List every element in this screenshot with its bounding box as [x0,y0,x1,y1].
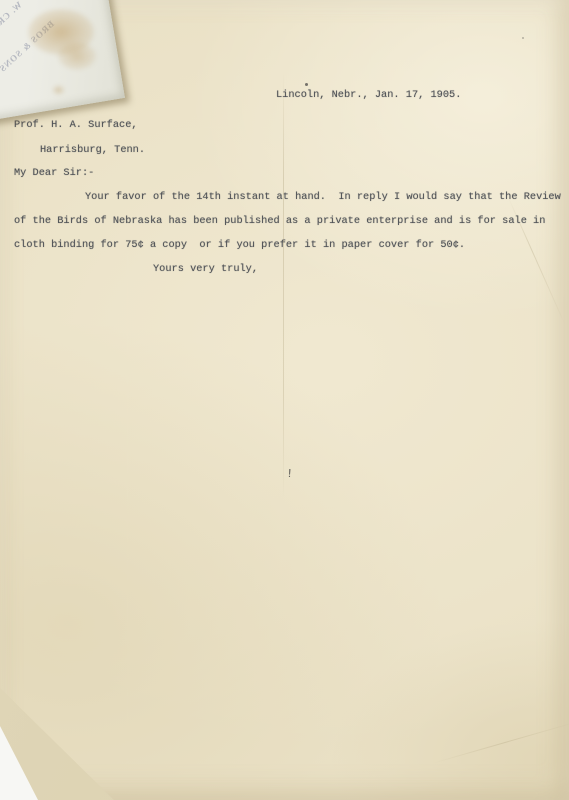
ink-speck [522,37,524,39]
body-line: cloth binding for 75¢ a copy or if you p… [14,239,465,252]
stray-ink-mark: ! [286,467,294,481]
paper-crease [283,70,284,500]
scanned-letter-photo: Lincoln, Nebr., Jan. 17, 1905. Prof. H. … [0,0,569,800]
body-line: Your favor of the 14th instant at hand. … [85,191,561,204]
salutation: My Dear Sir:- [14,167,94,180]
ink-speck [305,83,308,86]
recipient-name: Prof. H. A. Surface, [14,119,138,132]
date-line: Lincoln, Nebr., Jan. 17, 1905. [276,89,461,102]
recipient-address: Harrisburg, Tenn. [40,144,145,157]
stain [58,42,96,70]
body-line: of the Birds of Nebraska has been publis… [14,215,545,228]
letter-page: Lincoln, Nebr., Jan. 17, 1905. Prof. H. … [0,0,569,800]
closing-line: Yours very truly, [153,263,258,276]
paper-crease [433,721,569,763]
stain [52,85,65,95]
